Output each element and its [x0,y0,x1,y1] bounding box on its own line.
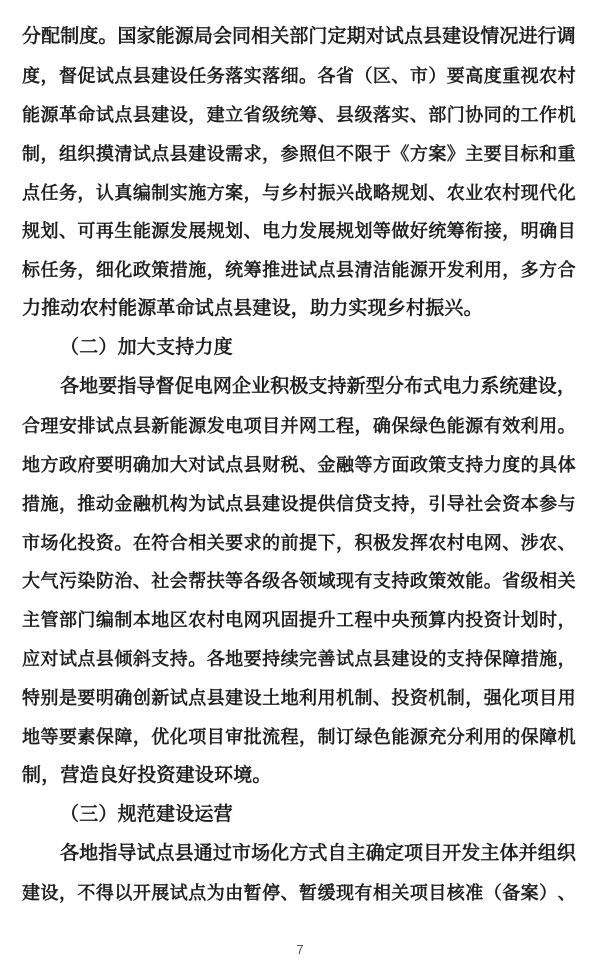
text-line: 点任务，认真编制实施方案，与乡村振兴战略规划、农业农村现代化 [22,174,576,213]
text-line: 规划、可再生能源发展规划、电力发展规划等做好统筹衔接，明确目 [22,212,576,251]
text-line: 各地指导试点县通过市场化方式自主确定项目开发主体并组织 [22,835,576,874]
page-number: 7 [0,942,600,957]
text-line: 地方政府要明确加大对试点县财税、金融等方面政策支持力度的具体 [22,446,576,485]
text-line: 大气污染防治、社会帮扶等各级各领域现有支持政策效能。省级相关 [22,562,576,601]
text-line: 应对试点县倾斜支持。各地要持续完善试点县建设的支持保障措施， [22,640,576,679]
text-line: 地等要素保障，优化项目审批流程，制订绿色能源充分利用的保障机 [22,718,576,757]
text-block: 分配制度。国家能源局会同相关部门定期对试点县建设情况进行调度，督促试点县建设任务… [22,18,576,912]
document-page: 分配制度。国家能源局会同相关部门定期对试点县建设情况进行调度，督促试点县建设任务… [0,0,600,973]
text-line: 度，督促试点县建设任务落实落细。各省（区、市）要高度重视农村 [22,57,576,96]
text-line: 力推动农村能源革命试点县建设，助力实现乡村振兴。 [22,290,576,329]
text-line: 主管部门编制本地区农村电网巩固提升工程中央预算内投资计划时， [22,601,576,640]
text-line: 制，组织摸清试点县建设需求，参照但不限于《方案》主要目标和重 [22,135,576,174]
section-heading: （三）规范建设运营 [22,796,576,835]
text-line: 特别是要明确创新试点县建设土地利用机制、投资机制，强化项目用 [22,679,576,718]
text-line: 措施，推动金融机构为试点县建设提供信贷支持，引导社会资本参与 [22,485,576,524]
text-line: 合理安排试点县新能源发电项目并网工程，确保绿色能源有效利用。 [22,407,576,446]
text-line: 制，营造良好投资建设环境。 [22,757,576,796]
text-line: 分配制度。国家能源局会同相关部门定期对试点县建设情况进行调 [22,18,576,57]
section-heading: （二）加大支持力度 [22,329,576,368]
text-line: 标任务，细化政策措施，统筹推进试点县清洁能源开发利用，多方合 [22,251,576,290]
text-line: 建设，不得以开展试点为由暂停、暂缓现有相关项目核准（备案）、 [22,874,576,913]
text-line: 各地要指导督促电网企业积极支持新型分布式电力系统建设， [22,368,576,407]
text-line: 市场化投资。在符合相关要求的前提下，积极发挥农村电网、涉农、 [22,524,576,563]
text-line: 能源革命试点县建设，建立省级统筹、县级落实、部门协同的工作机 [22,96,576,135]
